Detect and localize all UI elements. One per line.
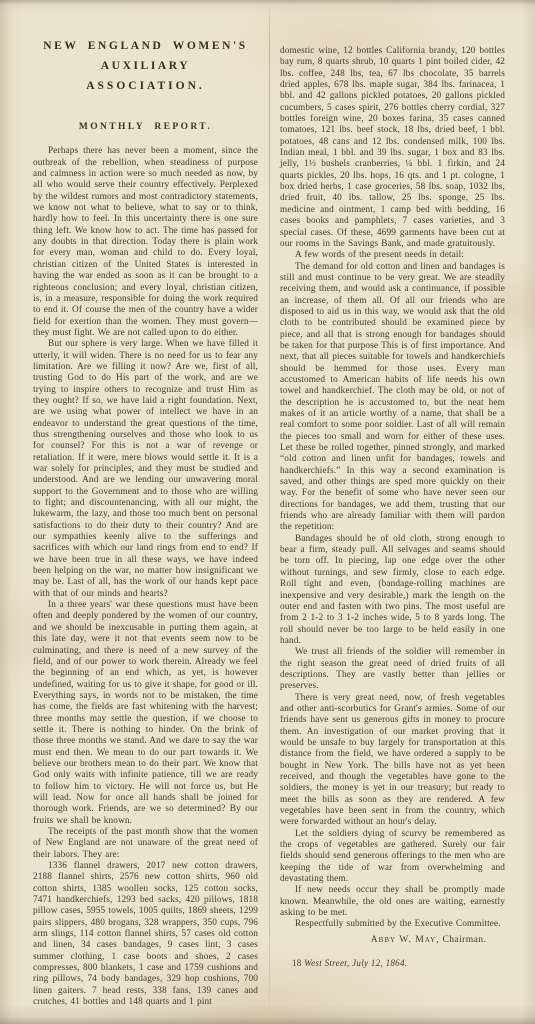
footer-line: 18 West Street, July 12, 1864. xyxy=(280,958,505,968)
paragraph: Bandages should be of old cloth, strong … xyxy=(280,534,505,647)
document-title: NEW ENGLAND WOMEN'S AUXILIARY ASSOCIATIO… xyxy=(33,36,258,96)
footer-date-text: West Street, July 12, 1864. xyxy=(304,958,407,968)
left-column: NEW ENGLAND WOMEN'S AUXILIARY ASSOCIATIO… xyxy=(33,0,258,1024)
paragraph: The demand for old cotton and linen and … xyxy=(280,262,505,534)
footer-street-number: 18 xyxy=(292,958,304,968)
title-line1: NEW ENGLAND WOMEN'S AUXILIARY xyxy=(43,40,248,72)
paragraph: We trust all friends of the soldier will… xyxy=(280,647,505,692)
paragraph: But our sphere is very large. When we ha… xyxy=(33,339,258,600)
paragraph: There is very great need, now, of fresh … xyxy=(280,693,505,829)
paragraph: In a three years' war these questions mu… xyxy=(33,600,258,827)
paragraph: If new needs occur they shall be promptl… xyxy=(280,885,505,919)
column-divider-rule xyxy=(269,0,270,1024)
paragraph: A few words of the present needs in deta… xyxy=(280,250,505,261)
signature-line: Abby W. May, Chairman. xyxy=(280,934,505,945)
right-column-text: domestic wine, 12 bottles California bra… xyxy=(280,46,505,931)
signature-role: Chairman. xyxy=(440,934,487,945)
document-page: NEW ENGLAND WOMEN'S AUXILIARY ASSOCIATIO… xyxy=(0,0,535,1024)
scanned-document-sheet: NEW ENGLAND WOMEN'S AUXILIARY ASSOCIATIO… xyxy=(0,0,535,1024)
paragraph: Let the soldiers dying of scurvy be reme… xyxy=(280,829,505,886)
paragraph: domestic wine, 12 bottles California bra… xyxy=(280,46,505,250)
signature-name: Abby W. May, xyxy=(371,934,440,945)
left-column-text: Perhaps there has never been a moment, s… xyxy=(33,146,258,1008)
paragraph: The receipts of the past month show that… xyxy=(33,827,258,861)
title-line2: ASSOCIATION. xyxy=(33,76,258,96)
paragraph: Perhaps there has never been a moment, s… xyxy=(33,146,258,339)
paragraph: Respectfully submitted by the Executive … xyxy=(280,919,505,930)
paragraph: 1336 flannel drawers, 2017 new cotton dr… xyxy=(33,861,258,1008)
section-heading: MONTHLY REPORT. xyxy=(33,122,258,132)
right-column: domestic wine, 12 bottles California bra… xyxy=(280,0,505,1024)
